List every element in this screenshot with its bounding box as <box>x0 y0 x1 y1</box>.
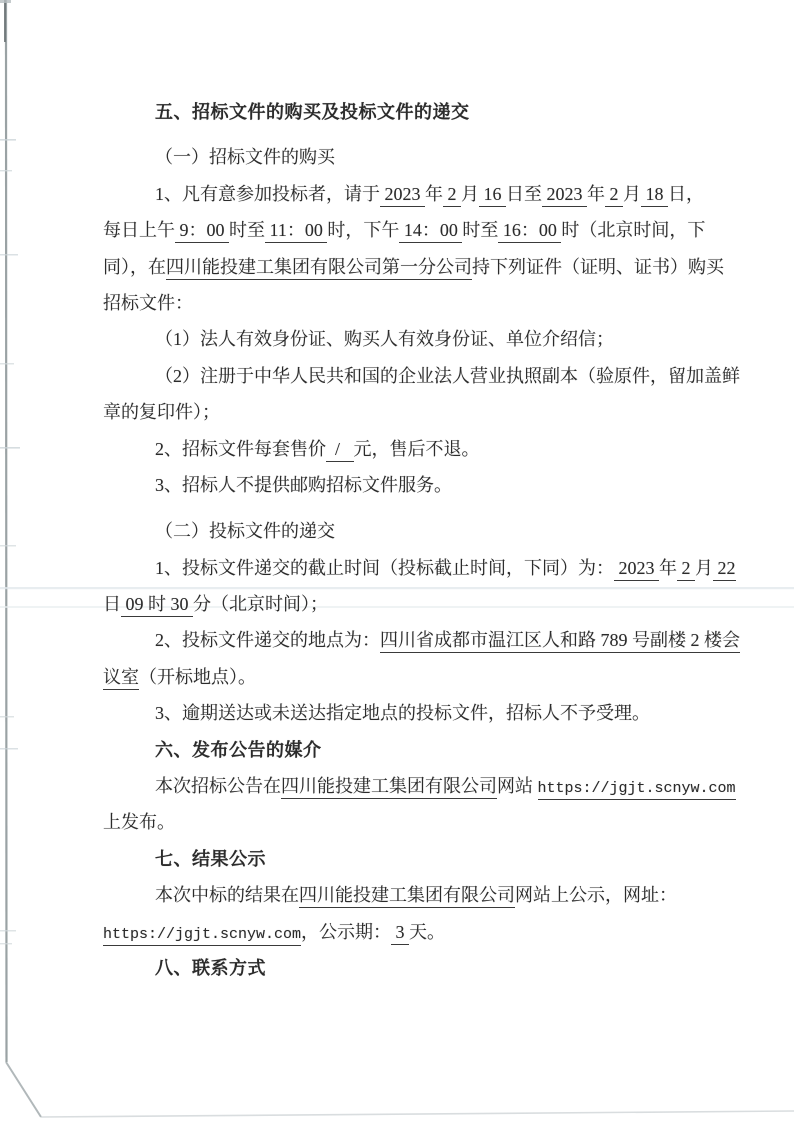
scanned-page: 五、招标文件的购买及投标文件的递交（一）招标文件的购买1、凡有意参加投标者，请于… <box>0 0 794 1123</box>
doc-text: （2）注册于中华人民共和国的企业法人营业执照副本（验原件，留加盖鲜 <box>155 366 740 386</box>
filled-blank: 议室 <box>103 667 139 690</box>
doc-text: 本次招标公告在 <box>155 776 281 796</box>
doc-text: 招标文件： <box>103 293 193 313</box>
purchase-item-1-line-4: 招标文件： <box>103 285 743 321</box>
section-8-title: 八、联系方式 <box>103 950 743 986</box>
result-line-1: 本次中标的结果在四川能投建工集团有限公司网站上公示，网址： <box>103 877 743 913</box>
doc-text: （1）法人有效身份证、购买人有效身份证、单位介绍信； <box>155 329 614 349</box>
doc-text: 元，售后不退。 <box>354 439 480 459</box>
filled-blank: 11：00 <box>265 220 327 243</box>
submit-item-2-line-1: 2、投标文件递交的地点为：四川省成都市温江区人和路 789 号副楼 2 楼会 <box>103 622 743 658</box>
doc-text: 月 <box>461 184 479 204</box>
url-text: https://jgjt.scnyw.com <box>538 780 736 800</box>
doc-text: 每日上午 <box>103 220 175 240</box>
doc-text: 天。 <box>409 922 445 942</box>
page-left-edge-shadow <box>6 0 7 1062</box>
scan-tick <box>0 170 12 171</box>
doc-text: 时至 <box>462 220 498 240</box>
section-5-title: 五、招标文件的购买及投标文件的递交 <box>103 94 743 130</box>
page-top-left-mark <box>0 0 11 3</box>
doc-text: 2、投标文件递交的地点为： <box>155 630 380 650</box>
doc-text: （开标地点）。 <box>139 667 256 687</box>
filled-blank: 四川能投建工集团有限公司第一分公司 <box>166 257 472 280</box>
filled-blank: / <box>326 439 354 462</box>
scan-tick <box>0 254 18 256</box>
filled-blank: 14：00 <box>399 220 462 243</box>
filled-blank: 四川能投建工集团有限公司 <box>281 776 497 799</box>
doc-text: 月 <box>695 558 713 578</box>
submit-item-3: 3、逾期送达或未送达指定地点的投标文件，招标人不予受理。 <box>103 695 743 731</box>
credential-item-2-line-2: 章的复印件）； <box>103 394 743 430</box>
credential-item-2-line-1: （2）注册于中华人民共和国的企业法人营业执照副本（验原件，留加盖鲜 <box>103 358 743 394</box>
doc-text: 月 <box>623 184 641 204</box>
scan-tick <box>0 545 16 547</box>
purchase-item-1-line-1: 1、凡有意参加投标者，请于 2023 年 2 月 16 日至 2023 年 2 … <box>103 176 743 212</box>
scan-tick <box>0 930 16 932</box>
filled-blank: 16 <box>479 184 506 207</box>
doc-text: 2、招标文件每套售价 <box>155 439 326 459</box>
doc-text: 年 <box>587 184 605 204</box>
scan-tick <box>0 716 14 718</box>
announce-line-2: 上发布。 <box>103 804 743 840</box>
filled-blank: 2 <box>677 558 695 581</box>
doc-text: ，公示期： <box>301 922 391 942</box>
filled-blank: 09 时 30 <box>121 594 193 617</box>
sub-1-title: （一）招标文件的购买 <box>103 139 743 175</box>
purchase-item-1-line-2: 每日上午 9：00 时至 11：00 时，下午 14：00 时至 16：00 时… <box>103 212 743 248</box>
doc-text: 网站上公示，网址： <box>515 885 677 905</box>
doc-text: 3、招标人不提供邮购招标文件服务。 <box>155 475 452 495</box>
doc-text: 六、发布公告的媒介 <box>155 740 322 760</box>
doc-text: 1、凡有意参加投标者，请于 <box>155 184 380 204</box>
section-7-title: 七、结果公示 <box>103 841 743 877</box>
purchase-item-2: 2、招标文件每套售价 / 元，售后不退。 <box>103 431 743 467</box>
scan-tick <box>0 447 20 449</box>
document-text: 五、招标文件的购买及投标文件的递交（一）招标文件的购买1、凡有意参加投标者，请于… <box>103 94 743 986</box>
doc-text: 3、逾期送达或未送达指定地点的投标文件，招标人不予受理。 <box>155 703 650 723</box>
doc-text: 本次中标的结果在 <box>155 885 299 905</box>
doc-text: 分（北京时间）； <box>193 594 328 614</box>
doc-text: 日 <box>103 594 121 614</box>
doc-text: （二）投标文件的递交 <box>155 521 335 541</box>
purchase-item-1-line-3: 同），在四川能投建工集团有限公司第一分公司持下列证件（证明、证书）购买 <box>103 249 743 285</box>
doc-text: 时，下午 <box>327 220 399 240</box>
doc-text: 日至 <box>506 184 542 204</box>
filled-blank: 2 <box>443 184 461 207</box>
doc-text: 上发布。 <box>103 812 175 832</box>
filled-blank: 2023 <box>614 558 659 581</box>
filled-blank: 2023 <box>542 184 587 207</box>
submit-item-2-line-2: 议室（开标地点）。 <box>103 659 743 695</box>
doc-text: 时至 <box>229 220 265 240</box>
sub-2-title: （二）投标文件的递交 <box>103 513 743 549</box>
filled-blank: 2023 <box>380 184 425 207</box>
filled-blank: 四川省成都市温江区人和路 789 号副楼 2 楼会 <box>380 630 740 653</box>
scan-tick <box>0 748 18 750</box>
filled-blank: 22 <box>713 558 736 581</box>
submit-item-1-line-1: 1、投标文件递交的截止时间（投标截止时间，下同）为： 2023 年 2 月 22 <box>103 550 743 586</box>
scan-tick <box>0 139 16 141</box>
doc-text: 网站 <box>497 776 538 796</box>
doc-text: 年 <box>425 184 443 204</box>
filled-blank: 四川能投建工集团有限公司 <box>299 885 515 908</box>
announce-line-1: 本次招标公告在四川能投建工集团有限公司网站 https://jgjt.scnyw… <box>103 768 743 804</box>
doc-text: 日， <box>668 184 704 204</box>
filled-blank: 9：00 <box>175 220 229 243</box>
doc-text: 1、投标文件递交的截止时间（投标截止时间，下同）为： <box>155 558 614 578</box>
doc-text: 八、联系方式 <box>155 958 266 978</box>
doc-text: 年 <box>659 558 677 578</box>
filled-blank: 16：00 <box>498 220 561 243</box>
doc-text: 时（北京时间，下 <box>561 220 705 240</box>
filled-blank: 18 <box>641 184 668 207</box>
scan-tick <box>0 943 12 944</box>
doc-text: 同），在 <box>103 257 166 277</box>
doc-text: 持下列证件（证明、证书）购买 <box>472 257 724 277</box>
url-text: https://jgjt.scnyw.com <box>103 926 301 946</box>
doc-text: 七、结果公示 <box>155 849 266 869</box>
page-corner-fold <box>6 1062 41 1117</box>
result-line-2: https://jgjt.scnyw.com，公示期： 3 天。 <box>103 914 743 950</box>
page-bottom-edge <box>41 1111 794 1117</box>
filled-blank: 3 <box>391 922 409 945</box>
submit-item-1-line-2: 日 09 时 30 分（北京时间）； <box>103 586 743 622</box>
filled-blank: 2 <box>605 184 623 207</box>
doc-text: （一）招标文件的购买 <box>155 147 335 167</box>
scan-tick <box>0 363 14 365</box>
purchase-item-3: 3、招标人不提供邮购招标文件服务。 <box>103 467 743 503</box>
credential-item-1: （1）法人有效身份证、购买人有效身份证、单位介绍信； <box>103 321 743 357</box>
doc-text: 五、招标文件的购买及投标文件的递交 <box>155 102 470 122</box>
section-6-title: 六、发布公告的媒介 <box>103 732 743 768</box>
doc-text: 章的复印件）； <box>103 402 220 422</box>
